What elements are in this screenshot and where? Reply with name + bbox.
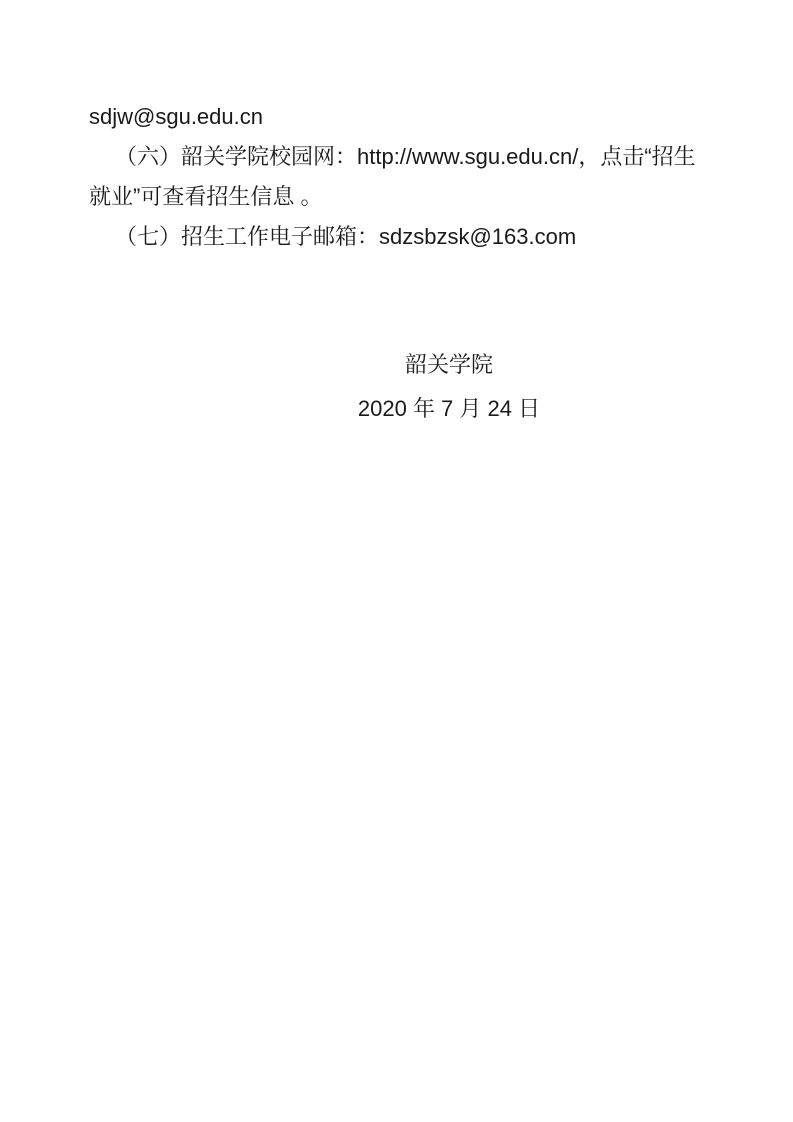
item-six-line-2: 就业”可查看招生信息 。: [89, 177, 713, 217]
document-page: sdjw@sgu.edu.cn （六）韶关学院校园网：http://www.sg…: [0, 0, 793, 1122]
signature-block: 韶关学院 2020 年 7 月 24 日: [274, 343, 624, 431]
signature-date: 2020 年 7 月 24 日: [274, 387, 624, 431]
email-continuation-line: sdjw@sgu.edu.cn: [89, 97, 713, 137]
signature-organization: 韶关学院: [274, 343, 624, 387]
item-six-line-1: （六）韶关学院校园网：http://www.sgu.edu.cn/，点击“招生: [89, 137, 713, 177]
item-seven-line: （七）招生工作电子邮箱：sdzsbzsk@163.com: [89, 217, 713, 257]
document-body: sdjw@sgu.edu.cn （六）韶关学院校园网：http://www.sg…: [0, 0, 793, 257]
